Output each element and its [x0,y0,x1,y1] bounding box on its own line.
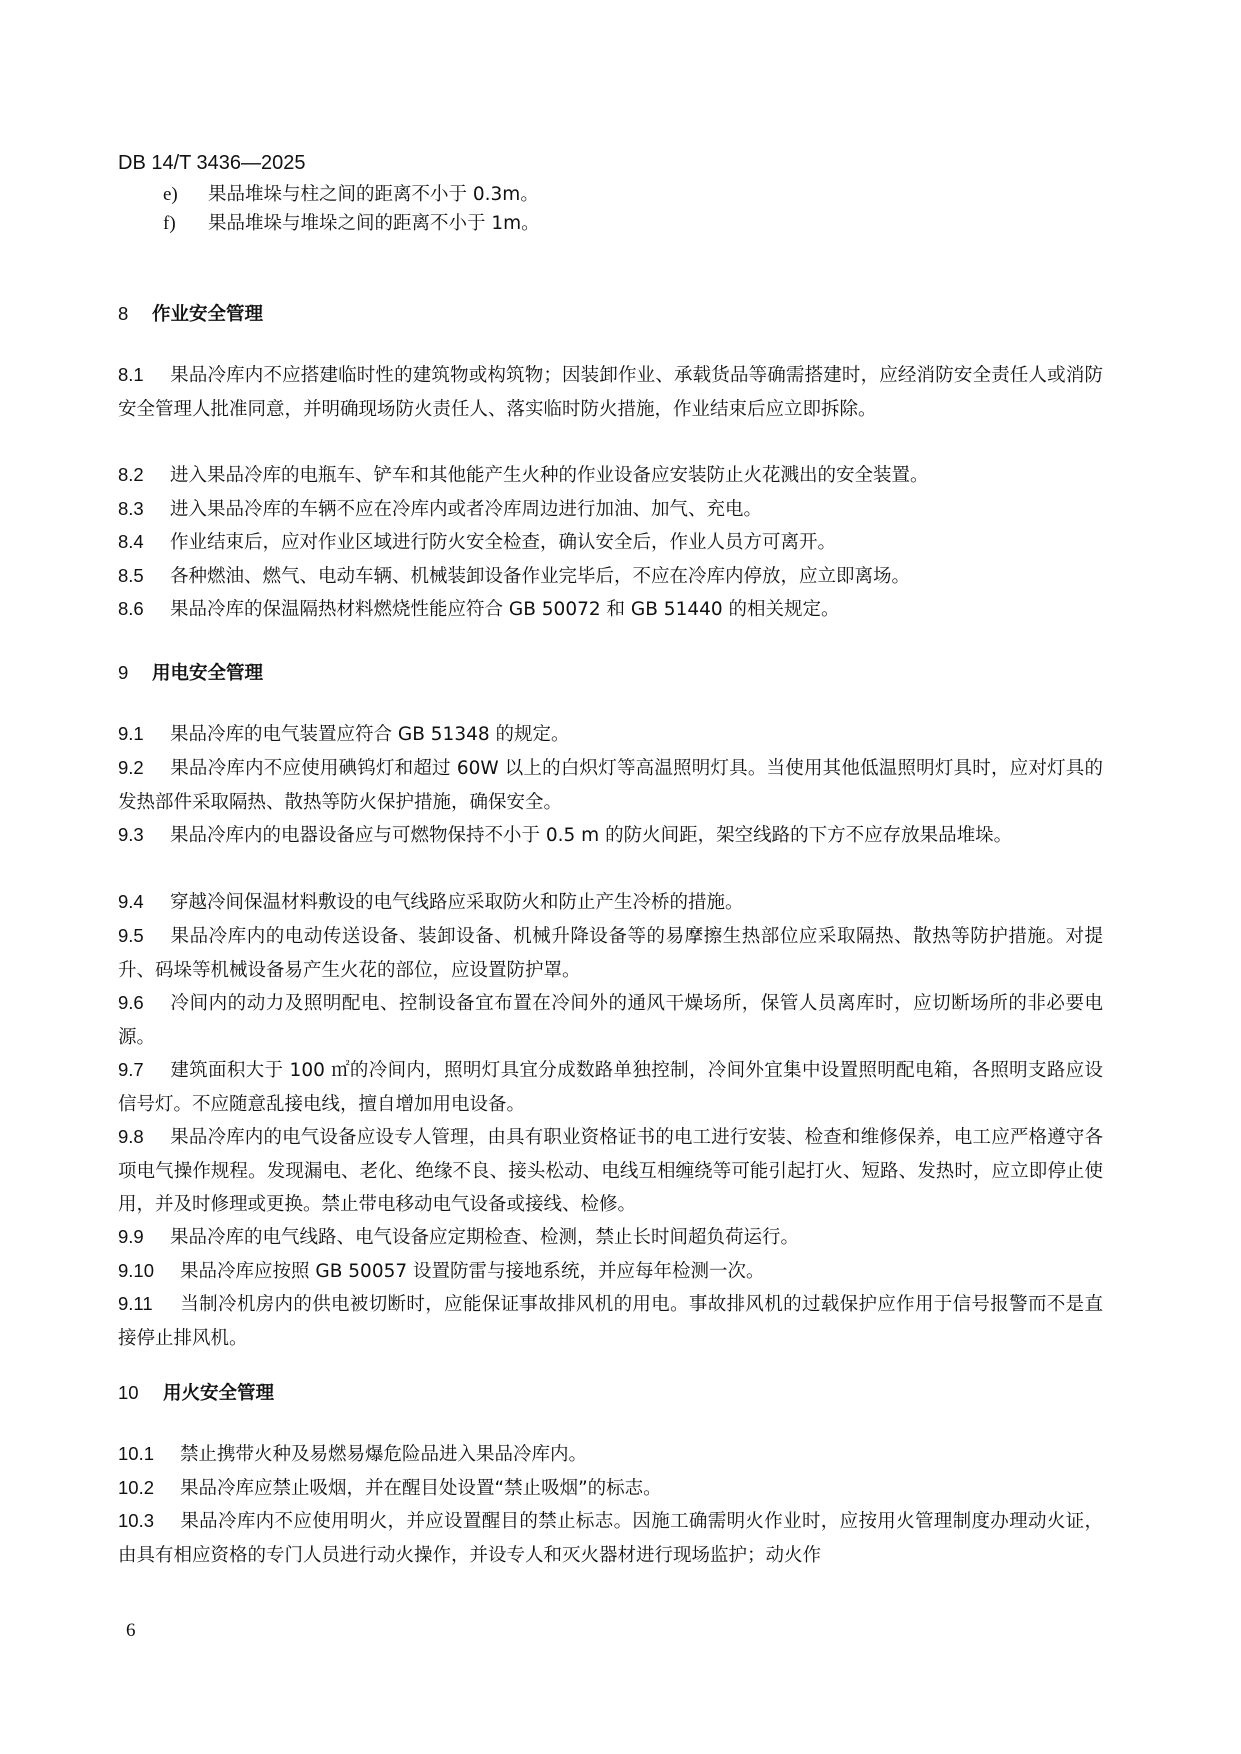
clause-text: 果品冷库的保温隔热材料燃烧性能应符合 GB 50072 和 GB 51440 的… [170,599,840,620]
clause-text: 进入果品冷库的车辆不应在冷库内或者冷库周边进行加油、加气、充电。 [170,499,762,520]
clause-number: 9.3 [118,818,170,852]
clause-text: 果品冷库内不应使用碘钨灯和超过 60W 以上的白炽灯等高温照明灯具。当使用其他低… [118,758,1103,813]
clause-number: 10.1 [118,1437,180,1471]
clause-8-4: 8.4作业结束后，应对作业区域进行防火安全检查，确认安全后，作业人员方可离开。 [118,525,1103,560]
clause-text: 果品冷库内的电气设备应设专人管理，由具有职业资格证书的电工进行安装、检查和维修保… [118,1127,1103,1215]
section-heading-10: 10用火安全管理 [118,1379,274,1405]
clause-number: 9.8 [118,1120,170,1154]
section-title: 作业安全管理 [152,304,263,325]
clause-text: 果品冷库应按照 GB 50057 设置防雷与接地系统，并应每年检测一次。 [180,1261,765,1282]
clause-number: 9.2 [118,751,170,785]
clause-number: 9.1 [118,717,170,751]
list-marker: f) [163,212,208,236]
clause-number: 9.7 [118,1053,170,1087]
clause-text: 禁止携带火种及易燃易爆危险品进入果品冷库内。 [180,1444,587,1465]
clause-text: 冷间内的动力及照明配电、控制设备宜布置在冷间外的通风干燥场所，保管人员离库时，应… [118,993,1103,1048]
clause-9-8: 9.8果品冷库内的电气设备应设专人管理，由具有职业资格证书的电工进行安装、检查和… [118,1120,1103,1222]
section-number: 10 [118,1382,163,1404]
clause-text: 作业结束后，应对作业区域进行防火安全检查，确认安全后，作业人员方可离开。 [170,532,836,553]
clause-9-3: 9.3果品冷库内的电器设备应与可燃物保持不小于 0.5 m 的防火间距，架空线路… [118,818,1103,853]
clause-number: 8.3 [118,492,170,526]
clause-10-1: 10.1禁止携带火种及易燃易爆危险品进入果品冷库内。 [118,1437,1103,1472]
list-item-e: e)果品堆垛与柱之间的距离不小于 0.3m。 [163,183,539,207]
clause-number: 9.9 [118,1220,170,1254]
clause-8-2: 8.2进入果品冷库的电瓶车、铲车和其他能产生火种的作业设备应安装防止火花溅出的安… [118,458,1103,493]
page-number: 6 [126,1620,136,1642]
clause-text: 果品冷库的电气线路、电气设备应定期检查、检测，禁止长时间超负荷运行。 [170,1227,799,1248]
clause-number: 8.6 [118,592,170,626]
clause-number: 10.2 [118,1471,180,1505]
list-text: 果品堆垛与柱之间的距离不小于 0.3m。 [208,184,539,205]
clause-text: 果品冷库内的电动传送设备、装卸设备、机械升降设备等的易摩擦生热部位应采取隔热、散… [118,926,1103,981]
clause-10-3: 10.3果品冷库内不应使用明火，并应设置醒目的禁止标志。因施工确需明火作业时，应… [118,1504,1103,1572]
clause-text: 当制冷机房内的供电被切断时，应能保证事故排风机的用电。事故排风机的过载保护应作用… [118,1294,1103,1349]
clause-number: 9.4 [118,885,170,919]
list-text: 果品堆垛与堆垛之间的距离不小于 1m。 [208,213,540,234]
clause-8-6: 8.6果品冷库的保温隔热材料燃烧性能应符合 GB 50072 和 GB 5144… [118,592,1103,627]
section-heading-8: 8作业安全管理 [118,300,263,326]
clause-number: 10.3 [118,1504,180,1538]
clause-number: 8.2 [118,458,170,492]
clause-number: 8.5 [118,559,170,593]
clause-9-9: 9.9果品冷库的电气线路、电气设备应定期检查、检测，禁止长时间超负荷运行。 [118,1220,1103,1255]
section-heading-9: 9用电安全管理 [118,659,263,685]
clause-number: 8.1 [118,358,170,392]
clause-text: 果品冷库应禁止吸烟，并在醒目处设置“禁止吸烟”的标志。 [180,1478,662,1499]
clause-8-1: 8.1果品冷库内不应搭建临时性的建筑物或构筑物；因装卸作业、承载货品等确需搭建时… [118,358,1103,426]
clause-number: 8.4 [118,525,170,559]
clause-9-7: 9.7建筑面积大于 100 ㎡的冷间内，照明灯具宜分成数路单独控制，冷间外宜集中… [118,1053,1103,1121]
clause-text: 果品冷库内的电器设备应与可燃物保持不小于 0.5 m 的防火间距，架空线路的下方… [170,825,1012,846]
clause-9-4: 9.4穿越冷间保温材料敷设的电气线路应采取防火和防止产生冷桥的措施。 [118,885,1103,920]
clause-9-5: 9.5果品冷库内的电动传送设备、装卸设备、机械升降设备等的易摩擦生热部位应采取隔… [118,919,1103,987]
clause-text: 穿越冷间保温材料敷设的电气线路应采取防火和防止产生冷桥的措施。 [170,892,744,913]
clause-9-6: 9.6冷间内的动力及照明配电、控制设备宜布置在冷间外的通风干燥场所，保管人员离库… [118,986,1103,1054]
list-item-f: f)果品堆垛与堆垛之间的距离不小于 1m。 [163,212,540,236]
section-title: 用电安全管理 [152,663,263,684]
clause-text: 果品冷库的电气装置应符合 GB 51348 的规定。 [170,724,570,745]
document-page: DB 14/T 3436—2025 e)果品堆垛与柱之间的距离不小于 0.3m。… [0,0,1241,1754]
clause-8-3: 8.3进入果品冷库的车辆不应在冷库内或者冷库周边进行加油、加气、充电。 [118,492,1103,527]
clause-text: 果品冷库内不应使用明火，并应设置醒目的禁止标志。因施工确需明火作业时，应按用火管… [118,1511,1103,1566]
clause-number: 9.10 [118,1254,180,1288]
section-number: 9 [118,662,152,684]
standard-code: DB 14/T 3436—2025 [118,152,306,175]
clause-text: 果品冷库内不应搭建临时性的建筑物或构筑物；因装卸作业、承载货品等确需搭建时，应经… [118,365,1103,420]
clause-text: 各种燃油、燃气、电动车辆、机械装卸设备作业完毕后，不应在冷库内停放，应立即离场。 [170,566,910,587]
clause-8-5: 8.5各种燃油、燃气、电动车辆、机械装卸设备作业完毕后，不应在冷库内停放，应立即… [118,559,1103,594]
clause-text: 建筑面积大于 100 ㎡的冷间内，照明灯具宜分成数路单独控制，冷间外宜集中设置照… [118,1060,1103,1115]
clause-9-2: 9.2果品冷库内不应使用碘钨灯和超过 60W 以上的白炽灯等高温照明灯具。当使用… [118,751,1103,819]
clause-10-2: 10.2果品冷库应禁止吸烟，并在醒目处设置“禁止吸烟”的标志。 [118,1471,1103,1506]
clause-9-10: 9.10果品冷库应按照 GB 50057 设置防雷与接地系统，并应每年检测一次。 [118,1254,1103,1289]
clause-9-1: 9.1果品冷库的电气装置应符合 GB 51348 的规定。 [118,717,1103,752]
clause-9-11: 9.11当制冷机房内的供电被切断时，应能保证事故排风机的用电。事故排风机的过载保… [118,1287,1103,1355]
clause-number: 9.11 [118,1287,180,1321]
section-number: 8 [118,303,152,325]
list-marker: e) [163,183,208,207]
clause-text: 进入果品冷库的电瓶车、铲车和其他能产生火种的作业设备应安装防止火花溅出的安全装置… [170,465,929,486]
clause-number: 9.6 [118,986,170,1020]
clause-number: 9.5 [118,919,170,953]
section-title: 用火安全管理 [163,1383,274,1404]
